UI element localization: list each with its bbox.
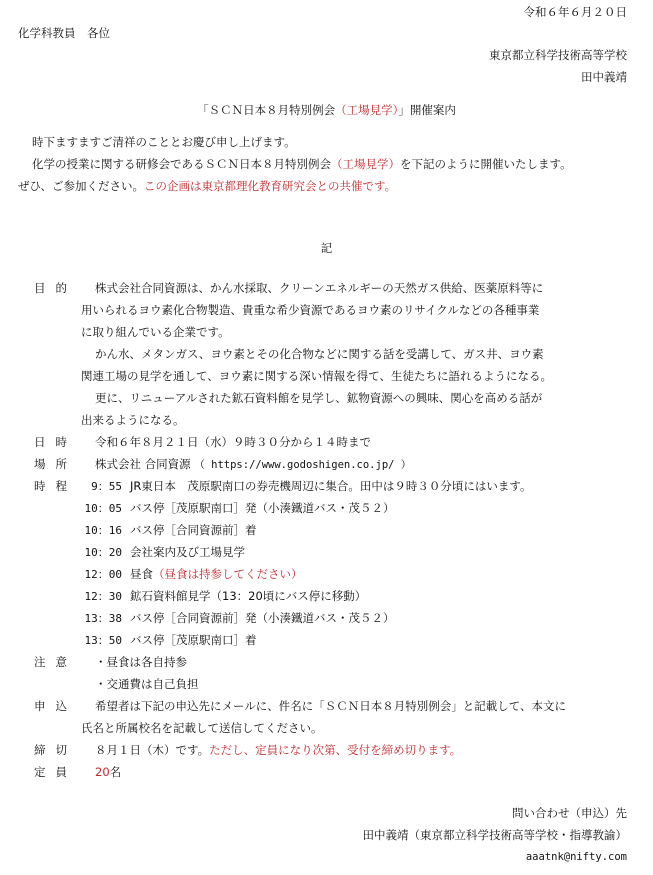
capacity-label: 定員 — [34, 767, 77, 779]
schedule-time: 10：05 — [82, 503, 122, 514]
schedule-item: 9：55JR東日本 茂原駅南口の券売機周辺に集合。田中は９時３０分頃にはいます。 — [82, 481, 531, 493]
document-title: 「ＳＣＮ日本８月特別例会（工場見学）」開催案内 — [0, 105, 653, 117]
purpose-line: 用いられるヨウ素化合物製造、貴重な希少資源であるヨウ素のリサイクルなどの各種事業 — [81, 305, 539, 317]
schedule-time: 13：50 — [82, 635, 122, 646]
intro-announcement: 化学の授業に関する研修会であるＳＣＮ日本８月特別例会（工場見学）を下記のように開… — [32, 159, 572, 171]
intro-invitation: ぜひ、ご参加ください。この企画は東京都理化教育研究会との共催です。 — [18, 181, 396, 193]
schedule-time: 13：38 — [82, 613, 122, 624]
lunch-note: （昼食は持参してください） — [153, 567, 303, 581]
schedule-item: 12：30鉱石資料館見学（13：20頃にバス停に移動） — [82, 591, 366, 603]
purpose-line: 出来るようになる。 — [81, 415, 185, 427]
capacity-number: 20 — [95, 765, 110, 779]
deadline-label: 締切 — [34, 745, 77, 757]
place-url-link[interactable]: （ https://www.godoshigen.co.jp/ ） — [194, 459, 411, 471]
ki-heading: 記 — [0, 243, 653, 255]
schedule-time: 12：30 — [82, 591, 122, 602]
schedule-item: 13：50バス停［茂原駅南口］着 — [82, 635, 257, 647]
deadline-date: ８月１日（木）です。 — [95, 743, 209, 757]
document-date: 令和６年６月２０日 — [524, 7, 628, 19]
schedule-text: バス停［合同資源前］発（小湊鐵道バス・茂５２） — [130, 611, 395, 625]
schedule-item: 10：05バス停［茂原駅南口］発（小湊鐵道バス・茂５２） — [82, 503, 395, 515]
application-line: 希望者は下記の申込先にメールに、件名に「ＳＣＮ日本８月特別例会」と記載して、本文… — [95, 701, 566, 713]
application-label: 申込 — [34, 701, 77, 713]
schedule-text: JR東日本 茂原駅南口の券売機周辺に集合。田中は９時３０分頃にはいます。 — [130, 479, 531, 493]
place-name: 株式会社 合同資源 — [95, 457, 191, 471]
schedule-time: 9：55 — [82, 481, 122, 492]
intro-announcement-highlight: （工場見学） — [331, 157, 400, 171]
application-line: 氏名と所属校名を記載して送信してください。 — [81, 723, 323, 735]
schedule-text: バス停［合同資源前］着 — [130, 523, 257, 537]
intro-greeting: 時下ますますご清祥のこととお慶び申し上げます。 — [32, 137, 296, 149]
schedule-text: 鉱石資料館見学（13：20頃にバス停に移動） — [130, 589, 366, 603]
intro-invitation-text: ぜひ、ご参加ください。 — [18, 179, 144, 193]
schedule-item: 10：20会社案内及び工場見学 — [82, 547, 245, 559]
contact-email-link[interactable]: aaatnk@nifty.com — [526, 852, 627, 863]
notes-label: 注意 — [34, 657, 77, 669]
contact-name: 田中義靖（東京都立科学技術高等学校・指導教諭） — [363, 830, 628, 842]
schedule-time: 10：20 — [82, 547, 122, 558]
schedule-text: バス停［茂原駅南口］発（小湊鐵道バス・茂５２） — [130, 501, 395, 515]
schedule-item: 10：16バス停［合同資源前］着 — [82, 525, 257, 537]
capacity-unit: 名 — [110, 765, 122, 779]
schedule-text: バス停［茂原駅南口］着 — [130, 633, 257, 647]
schedule-item: 13：38バス停［合同資源前］発（小湊鐵道バス・茂５２） — [82, 613, 395, 625]
place-value: 株式会社 合同資源 （ https://www.godoshigen.co.jp… — [95, 459, 411, 471]
purpose-line: に取り組んでいる企業です。 — [81, 327, 230, 339]
note-item: ・交通費は自己負担 — [95, 679, 199, 691]
purpose-line: 更に、リニューアルされた鉱石資料館を見学し、鉱物資源への興味、関心を高める話が — [95, 393, 542, 405]
purpose-line: 関連工場の見学を通して、ヨウ素に関する深い情報を得て、生徒たちに語れるようになる… — [81, 371, 552, 383]
sender-name: 田中義靖 — [581, 72, 627, 84]
schedule-label: 時程 — [34, 481, 77, 493]
datetime-value: 令和６年８月２１日（水）９時３０分から１４時まで — [95, 437, 371, 449]
contact-heading: 問い合わせ（申込）先 — [512, 808, 627, 820]
schedule-text: 会社案内及び工場見学 — [130, 545, 245, 559]
intro-announcement-suffix: を下記のように開催いたします。 — [400, 157, 572, 171]
place-label: 場所 — [34, 459, 77, 471]
purpose-label: 目的 — [34, 283, 77, 295]
intro-announcement-text: 化学の授業に関する研修会であるＳＣＮ日本８月特別例会 — [32, 157, 331, 171]
deadline-value: ８月１日（木）です。ただし、定員になり次第、受付を締め切ります。 — [95, 745, 461, 757]
deadline-note: ただし、定員になり次第、受付を締め切ります。 — [209, 743, 461, 757]
schedule-time: 10：16 — [82, 525, 122, 536]
note-item: ・昼食は各自持参 — [95, 657, 187, 669]
title-prefix: 「ＳＣＮ日本８月特別例会 — [197, 103, 335, 117]
capacity-value: 20名 — [95, 767, 121, 779]
datetime-label: 日時 — [34, 437, 77, 449]
purpose-line: 株式会社合同資源は、かん水採取、クリーンエネルギーの天然ガス供給、医薬原料等に — [95, 283, 543, 295]
addressee: 化学科教員 各位 — [18, 28, 110, 40]
sender-school: 東京都立科学技術高等学校 — [489, 50, 627, 62]
purpose-line: かん水、メタンガス、ヨウ素とその化合物などに関する話を受講して、ガス井、ヨウ素 — [95, 349, 544, 361]
schedule-time: 12：00 — [82, 569, 122, 580]
schedule-text: 昼食 — [130, 567, 153, 581]
title-highlight: （工場見学） — [335, 103, 398, 117]
schedule-item: 12：00昼食（昼食は持参してください） — [82, 569, 303, 581]
co-host-note: この企画は東京都理化教育研究会との共催です。 — [144, 179, 396, 193]
title-suffix: 」開催案内 — [398, 103, 456, 117]
